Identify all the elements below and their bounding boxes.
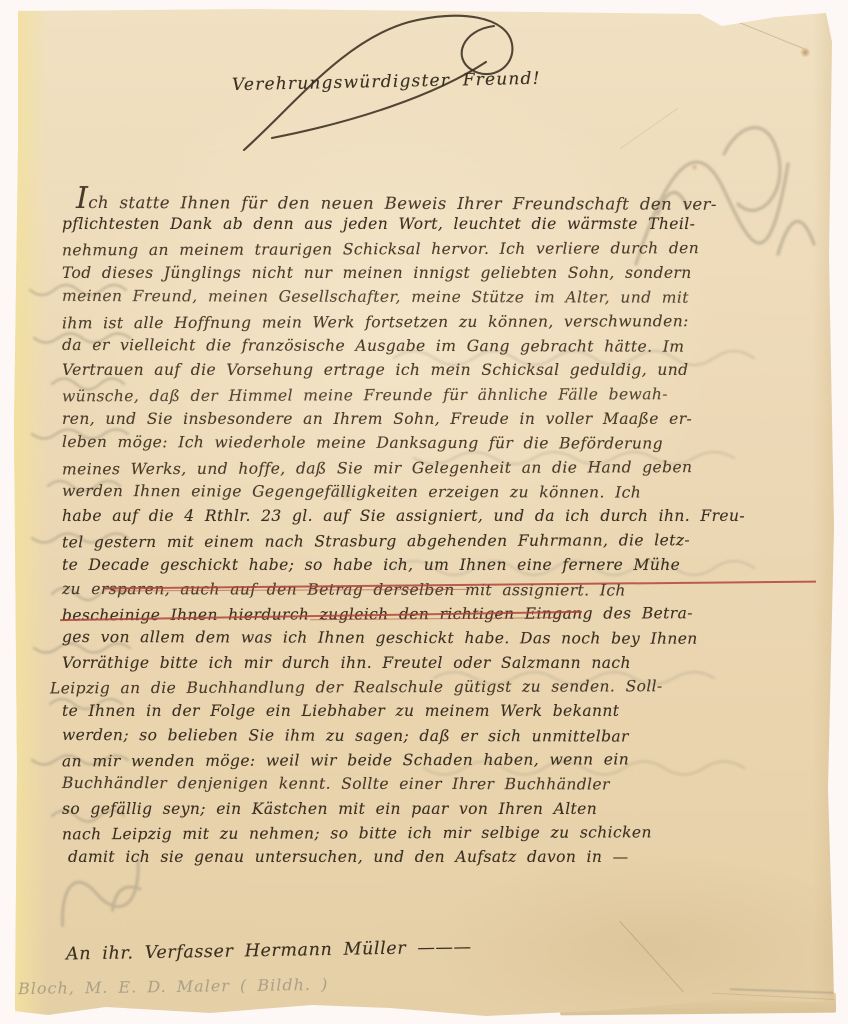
- paper-crease: [619, 921, 683, 992]
- letter-line: ges von allem dem was ich Ihnen geschick…: [62, 625, 828, 651]
- pencil-dash-mark: [730, 988, 834, 994]
- letter-line: tel gestern mit einem nach Strasburg abg…: [62, 527, 828, 554]
- letter-line: ren, und Sie insbesondere an Ihrem Sohn,…: [62, 407, 828, 431]
- paper-crease: [694, 4, 804, 49]
- letter-body: Ich statte Ihnen für den neuen Beweis Ih…: [62, 188, 828, 870]
- letter-line: Ich statte Ihnen für den neuen Beweis Ih…: [76, 187, 828, 213]
- letter-line: nach Leipzig mit zu nehmen; so bitte ich…: [62, 820, 828, 847]
- letter-line: te Ihnen in der Folge ein Liebhaber zu m…: [62, 699, 828, 723]
- letter-line: Leipzig an die Buchhandlung der Realschu…: [50, 674, 828, 701]
- footer-pencil-note: Bloch, M. E. D. Maler ( Bildh. ): [18, 974, 329, 1000]
- letter-line: wünsche, daß der Himmel meine Freunde fü…: [62, 381, 828, 408]
- letter-line: Vertrauen auf die Vorsehung ertrage ich …: [62, 358, 828, 382]
- letter-line: meinen Freund, meinen Gesellschafter, me…: [62, 284, 828, 310]
- letter-line: ihm ist alle Hoffnung mein Werk fortsetz…: [62, 308, 828, 335]
- footer-ink-docket: An ihr. Verfasser Hermann Müller ———: [66, 935, 472, 966]
- letter-line: pflichtesten Dank ab denn aus jeden Wort…: [62, 212, 828, 236]
- letter-line: nehmung an meinem traurigen Schicksal he…: [62, 235, 828, 262]
- letter-line: werden Ihnen einige Gegengefälligkeiten …: [62, 479, 828, 505]
- letter-line: damit ich sie genau untersuchen, und den…: [68, 845, 828, 869]
- letter-line: Vorräthige bitte ich mir durch ihn. Freu…: [62, 651, 828, 675]
- letter-paper-sheet: Verehrungswürdigster Freund! Ich statte …: [14, 8, 834, 1016]
- letter-line: da er vielleicht die französische Ausgab…: [62, 333, 828, 359]
- scanned-letter-page: { "letter": { "salutation": "Verehrungsw…: [0, 0, 848, 1024]
- letter-line: werden; so belieben Sie ihm zu sagen; da…: [62, 722, 828, 748]
- letter-line: meines Werks, und hoffe, daß Sie mir Gel…: [62, 454, 828, 481]
- letter-line: te Decade geschickt habe; so habe ich, u…: [62, 553, 828, 577]
- letter-line: Buchhändler denjenigen kennt. Sollte ein…: [62, 771, 828, 797]
- letter-line: an mir wenden möge: weil wir beide Schad…: [62, 747, 828, 774]
- letter-line: so gefällig seyn; ein Kästchen mit ein p…: [62, 797, 828, 821]
- paper-crease: [712, 993, 842, 1001]
- letter-line: habe auf die 4 Rthlr. 23 gl. auf Sie ass…: [62, 504, 828, 528]
- letter-line: leben möge: Ich wiederhole meine Danksag…: [62, 430, 828, 456]
- letter-line: Tod dieses Jünglings nicht nur meinen in…: [62, 261, 828, 285]
